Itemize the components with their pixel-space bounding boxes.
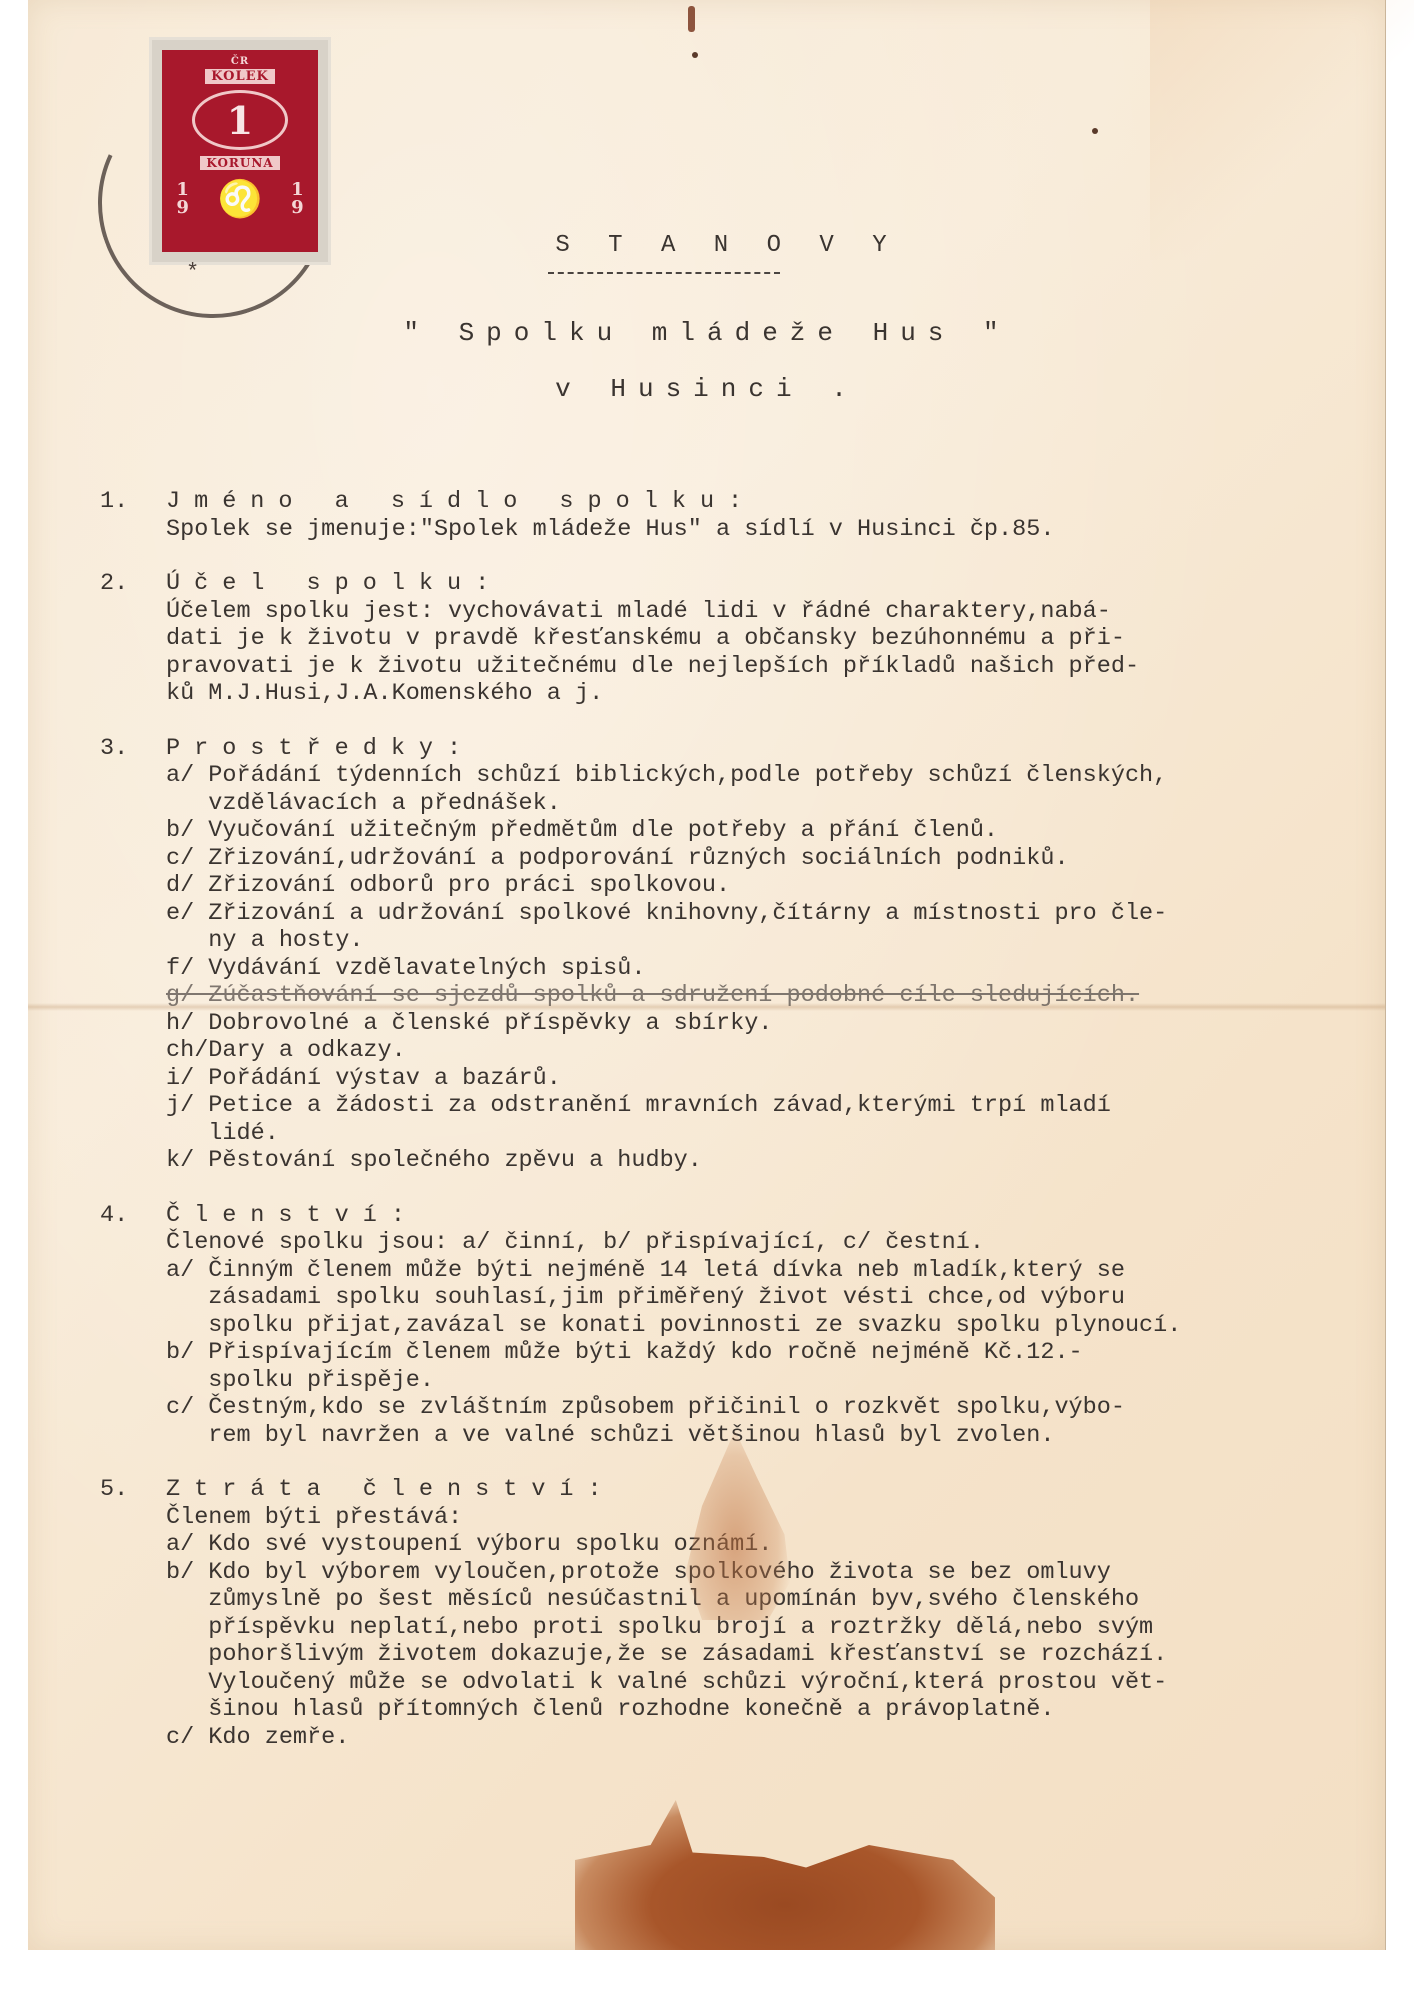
list-item-line: pohoršlivým životem dokazuje,že se zásad…: [100, 1641, 1390, 1669]
list-item-line: rem byl navržen a ve valné schůzi většin…: [100, 1422, 1390, 1450]
section-heading: 1.Jméno a sídlo spolku:: [100, 488, 1390, 516]
section-2: 2.Účel spolku:Účelem spolku jest: vychov…: [100, 570, 1390, 708]
ink-dot: [692, 52, 698, 58]
list-item-line: b/ Vyučování užitečným předmětům dle pot…: [100, 817, 1390, 845]
list-item-line: c/ Kdo zemře.: [100, 1724, 1390, 1752]
asterisk-mark: *: [186, 260, 199, 285]
section-number: 3.: [100, 735, 166, 763]
stamp-value: 1: [227, 98, 253, 143]
title-underline: [548, 272, 780, 274]
section-heading: 4.Členství:: [100, 1202, 1390, 1230]
stamp-country-mark: ČR: [231, 56, 249, 67]
document-subtitle: " Spolku mládeže Hus ": [0, 318, 1414, 348]
section-intro: Členové spolku jsou: a/ činní, b/ přispí…: [100, 1229, 1390, 1257]
section-number: 5.: [100, 1476, 166, 1504]
list-item-line: g/ Zúčastňování se sjezdů spolků a sdruž…: [100, 982, 1390, 1010]
list-item-line: ny a hosty.: [100, 927, 1390, 955]
list-item-line: f/ Vydávání vzdělavatelných spisů.: [100, 955, 1390, 983]
paragraph-line: Spolek se jmenuje:"Spolek mládeže Hus" a…: [100, 516, 1390, 544]
section-1: 1.Jméno a sídlo spolku:Spolek se jmenuje…: [100, 488, 1390, 543]
paragraph-line: Účelem spolku jest: vychovávati mladé li…: [100, 598, 1390, 626]
list-item-line: b/ Přispívajícím členem může býti každý …: [100, 1339, 1390, 1367]
list-item-line: a/ Pořádání týdenních schůzí biblických,…: [100, 762, 1390, 790]
document-title: S T A N O V Y: [0, 232, 1414, 259]
list-item-line: j/ Petice a žádosti za odstranění mravní…: [100, 1092, 1390, 1120]
section-number: 1.: [100, 488, 166, 516]
stamp-label: KOLEK: [205, 69, 275, 84]
section-heading: 2.Účel spolku:: [100, 570, 1390, 598]
revenue-stamp: ČR KOLEK 1 KORUNA 1 9 ♌ 1 9: [152, 40, 328, 262]
list-item-line: vzdělávacích a přednášek.: [100, 790, 1390, 818]
paragraph-line: pravovati je k životu užitečnému dle nej…: [100, 653, 1390, 681]
list-item-line: a/ Činným členem může býti nejméně 14 le…: [100, 1257, 1390, 1285]
list-item-line: e/ Zřizování a udržování spolkové knihov…: [100, 900, 1390, 928]
list-item-line: d/ Zřizování odborů pro práci spolkovou.: [100, 872, 1390, 900]
stamp-currency: KORUNA: [200, 156, 279, 170]
ink-dot: [1092, 128, 1098, 134]
stamp-year-digit: 9: [291, 199, 304, 217]
section-title: Účel spolku:: [166, 570, 503, 598]
section-title: Členství:: [166, 1202, 419, 1230]
section-heading: 3.Prostředky:: [100, 735, 1390, 763]
section-number: 4.: [100, 1202, 166, 1230]
list-item-line: ch/Dary a odkazy.: [100, 1037, 1390, 1065]
paragraph-line: dati je k životu v pravdě křesťanskému a…: [100, 625, 1390, 653]
section-3: 3.Prostředky:a/ Pořádání týdenních schůz…: [100, 735, 1390, 1175]
section-title: Prostředky:: [166, 735, 475, 763]
list-item-line: i/ Pořádání výstav a bazárů.: [100, 1065, 1390, 1093]
stamp-year-digit: 9: [176, 199, 189, 217]
list-item-line: šinou hlasů přítomných členů rozhodne ko…: [100, 1696, 1390, 1724]
list-item-line: c/ Zřizování,udržování a podporování růz…: [100, 845, 1390, 873]
list-item-line: spolku přispěje.: [100, 1367, 1390, 1395]
section-title: Jméno a sídlo spolku:: [166, 488, 756, 516]
rust-mark: [688, 6, 695, 32]
lion-emblem-icon: ♌: [218, 178, 263, 220]
section-number: 2.: [100, 570, 166, 598]
list-item-line: zásadami spolku souhlasí,jim přiměřený ž…: [100, 1284, 1390, 1312]
list-item-line: k/ Pěstování společného zpěvu a hudby.: [100, 1147, 1390, 1175]
document-location: v Husinci .: [0, 374, 1414, 404]
section-title: Ztráta členství:: [166, 1476, 616, 1504]
section-4: 4.Členství:Členové spolku jsou: a/ činní…: [100, 1202, 1390, 1450]
list-item-line: spolku přijat,zavázal se konati povinnos…: [100, 1312, 1390, 1340]
list-item-line: lidé.: [100, 1120, 1390, 1148]
paragraph-line: ků M.J.Husi,J.A.Komenského a j.: [100, 680, 1390, 708]
list-item-line: h/ Dobrovolné a členské příspěvky a sbír…: [100, 1010, 1390, 1038]
list-item-line: Vyloučený může se odvolati k valné schůz…: [100, 1669, 1390, 1697]
list-item-line: c/ Čestným,kdo se zvláštním způsobem při…: [100, 1394, 1390, 1422]
